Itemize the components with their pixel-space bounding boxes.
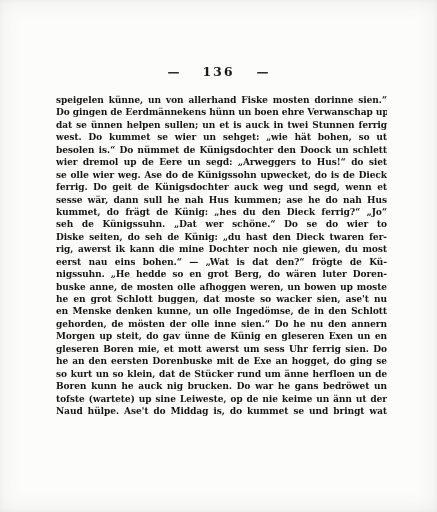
text-line: dat se ünnen helpen sullen; un et is auc… <box>56 120 387 132</box>
text-line: Naud hülpe. Ase't do Middag is, do kumme… <box>56 406 387 418</box>
text-line: Boren kunn he auck nig brucken. Do war h… <box>56 381 387 393</box>
text-line: eerst nau eins bohen.“ — „Wat is dat den… <box>56 257 387 269</box>
text-line: Diske seiten, do seh de Künig: „du hast … <box>56 232 387 244</box>
text-line: Do gingen de Eerdmännekens hünn un boen … <box>56 107 387 119</box>
header-dash-right: — <box>257 65 270 79</box>
text-line: buske anne, de mosten olle afhoggen were… <box>56 282 387 294</box>
text-line: he en grot Schlott buggen, dat moste so … <box>56 294 387 306</box>
body-text: speigelen künne, un von allerhand Fiske … <box>56 95 387 418</box>
text-line: tofste (wartete) up sine Leiweste, op de… <box>56 394 387 406</box>
text-line: kummet, do frägt de Künig: „hes du den D… <box>56 207 387 219</box>
header-dash-left: — <box>167 65 180 79</box>
book-page: — 136 — speigelen künne, un von allerhan… <box>0 0 437 512</box>
text-line: en Menske denken kunne, un olle Ingedöms… <box>56 306 387 318</box>
text-line: wier dremol up de Eere un segd: „Arwegge… <box>56 157 387 169</box>
page-header: — 136 — <box>0 64 437 79</box>
text-line: besolen is.“ Do nümmet de Künigsdochter … <box>56 145 387 157</box>
text-line: Morgen up steit, do gav ünne de Künig en… <box>56 331 387 343</box>
text-line: se olle wier weg. Ase do de Künigssohn u… <box>56 170 387 182</box>
text-line: so kurt un so klein, dat de Stücker rund… <box>56 369 387 381</box>
text-line: seh de Künigssuhn. „Dat wer schöne.“ Do … <box>56 219 387 231</box>
text-line: gehorden, de mösten der olle inne sien.“… <box>56 319 387 331</box>
page-number: 136 <box>202 64 234 79</box>
text-line: gleseren Boren mie, et mott awerst um se… <box>56 344 387 356</box>
text-line: sesse wär, dann sull he nah Hus kummen; … <box>56 195 387 207</box>
text-line: rig, awerst ik kann die mine Dochter noc… <box>56 244 387 256</box>
text-line: nigssuhn. „He hedde so en grot Berg, do … <box>56 269 387 281</box>
text-line: ferrig. Do geit de Künigsdochter auck we… <box>56 182 387 194</box>
text-line: speigelen künne, un von allerhand Fiske … <box>56 95 387 107</box>
text-line: west. Do kummet se wier un sehget: „wie … <box>56 132 387 144</box>
text-line: he an den eersten Dorenbuske mit de Exe … <box>56 356 387 368</box>
